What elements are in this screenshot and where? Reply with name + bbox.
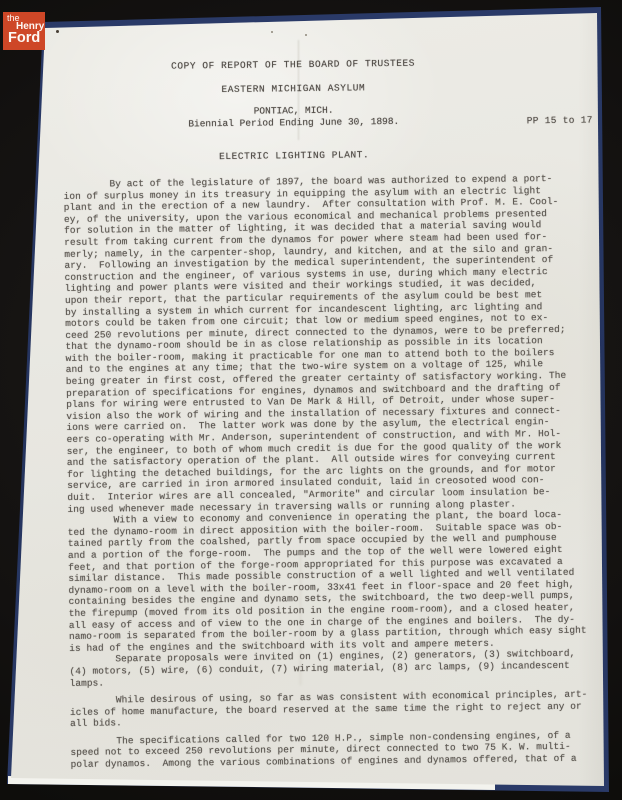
report-period: Biennial Period Ending June 30, 1898. bbox=[188, 116, 399, 130]
paragraph-2: With a view to economy and convenience i… bbox=[68, 509, 568, 654]
paper-speck bbox=[271, 31, 273, 33]
paragraph-4: While desirous of using, so far as was c… bbox=[70, 689, 568, 730]
paragraph-5: The specifications called for two 120 H.… bbox=[70, 730, 568, 771]
paper-speck bbox=[305, 34, 307, 36]
paper-speck bbox=[56, 30, 59, 33]
henry-ford-logo: the Henry Ford bbox=[3, 12, 45, 50]
photo-background: COPY OF REPORT OF THE BOARD OF TRUSTEES … bbox=[0, 0, 622, 800]
paragraph-1: By act of the legislature of 1897, the b… bbox=[63, 173, 565, 515]
logo-text-ford: Ford bbox=[8, 30, 40, 46]
page-reference: PP 15 to 17 bbox=[527, 114, 593, 126]
document-content: COPY OF REPORT OF THE BOARD OF TRUSTEES … bbox=[62, 56, 569, 771]
paragraph-3: Separate proposals were invited on (1) e… bbox=[69, 648, 567, 689]
section-title: ELECTRIC LIGHTING PLANT. bbox=[63, 147, 561, 165]
institution-name: EASTERN MICHIGAN ASYLUM bbox=[62, 80, 560, 98]
